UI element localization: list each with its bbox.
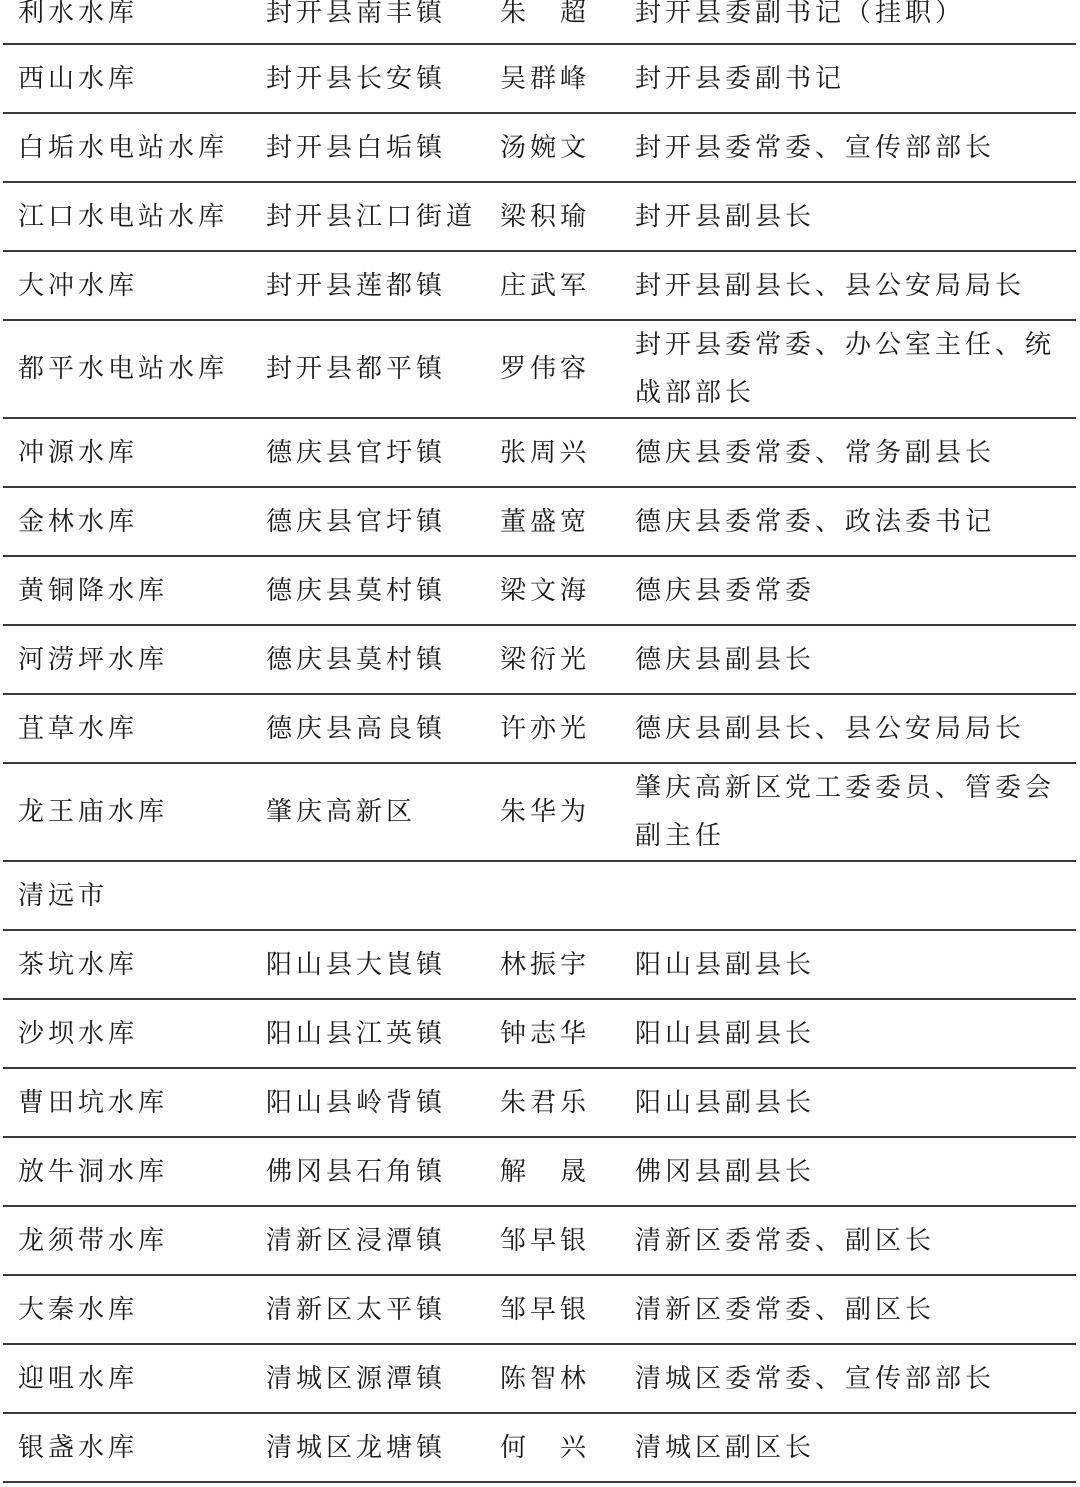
person-position: 封开县委常委、办公室主任、统战部部长 <box>635 321 1075 417</box>
responsible-person: 梁衍光 <box>500 626 630 693</box>
responsible-person: 汤婉文 <box>500 114 630 181</box>
person-position: 佛冈县副县长 <box>635 1138 1075 1205</box>
responsible-person: 朱 超 <box>500 0 630 43</box>
person-position: 肇庆高新区党工委委员、管委会副主任 <box>635 764 1075 860</box>
table-row: 黄铜降水库 德庆县莫村镇 梁文海 德庆县委常委 <box>3 557 1076 626</box>
responsible-person: 梁文海 <box>500 557 630 624</box>
table-row: 冲源水库 德庆县官圩镇 张周兴 德庆县委常委、常务副县长 <box>3 419 1076 488</box>
table-row: 银盏水库 清城区龙塘镇 何 兴 清城区副区长 <box>3 1414 1076 1483</box>
responsible-person: 吴群峰 <box>500 45 630 112</box>
responsible-person: 朱华为 <box>500 764 630 860</box>
table-row: 曹田坑水库 阳山县岭背镇 朱君乐 阳山县副县长 <box>3 1069 1076 1138</box>
reservoir-name: 放牛洞水库 <box>18 1138 263 1205</box>
table-row: 江口水电站水库 封开县江口街道 梁积瑜 封开县副县长 <box>3 183 1076 252</box>
reservoir-name: 白垢水电站水库 <box>18 114 263 181</box>
table-row: 苴草水库 德庆县高良镇 许亦光 德庆县副县长、县公安局局长 <box>3 695 1076 764</box>
reservoir-name: 大秦水库 <box>18 1276 263 1343</box>
reservoir-name: 西山水库 <box>18 45 263 112</box>
responsible-person: 许亦光 <box>500 695 630 762</box>
person-position: 德庆县委常委 <box>635 557 1075 624</box>
reservoir-name: 沙坝水库 <box>18 1000 263 1067</box>
reservoir-name: 茶坑水库 <box>18 931 263 998</box>
reservoir-location: 阳山县大崀镇 <box>266 931 496 998</box>
reservoir-location: 封开县都平镇 <box>266 321 496 417</box>
table-row: 沙坝水库 阳山县江英镇 钟志华 阳山县副县长 <box>3 1000 1076 1069</box>
responsible-person: 庄武军 <box>500 252 630 319</box>
responsible-person: 朱君乐 <box>500 1069 630 1136</box>
responsible-person: 梁积瑜 <box>500 183 630 250</box>
responsible-person: 罗伟容 <box>500 321 630 417</box>
reservoir-name: 苴草水库 <box>18 695 263 762</box>
reservoir-name: 大冲水库 <box>18 252 263 319</box>
table-row: 白垢水电站水库 封开县白垢镇 汤婉文 封开县委常委、宣传部部长 <box>3 114 1076 183</box>
reservoir-name: 黄铜降水库 <box>18 557 263 624</box>
reservoir-location: 封开县莲都镇 <box>266 252 496 319</box>
table-row: 迎咀水库 清城区源潭镇 陈智林 清城区委常委、宣传部部长 <box>3 1345 1076 1414</box>
person-position: 阳山县副县长 <box>635 1069 1075 1136</box>
reservoir-location: 封开县南丰镇 <box>266 0 496 43</box>
person-position: 德庆县副县长 <box>635 626 1075 693</box>
reservoir-location: 德庆县官圩镇 <box>266 488 496 555</box>
responsible-person: 钟志华 <box>500 1000 630 1067</box>
reservoir-location: 德庆县官圩镇 <box>266 419 496 486</box>
person-position: 德庆县副县长、县公安局局长 <box>635 695 1075 762</box>
reservoir-location: 佛冈县石角镇 <box>266 1138 496 1205</box>
reservoir-name: 龙须带水库 <box>18 1207 263 1274</box>
reservoir-location: 清新区太平镇 <box>266 1276 496 1343</box>
person-position: 清城区副区长 <box>635 1414 1075 1481</box>
person-position: 清城区委常委、宣传部部长 <box>635 1345 1075 1412</box>
reservoir-name: 利水水库 <box>18 0 263 43</box>
responsible-person: 陈智林 <box>500 1345 630 1412</box>
table-row: 龙王庙水库 肇庆高新区 朱华为 肇庆高新区党工委委员、管委会副主任 <box>3 764 1076 862</box>
table-row: 大冲水库 封开县莲都镇 庄武军 封开县副县长、县公安局局长 <box>3 252 1076 321</box>
table-row: 龙须带水库 清新区浸潭镇 邹早银 清新区委常委、副区长 <box>3 1207 1076 1276</box>
responsible-person: 邹早银 <box>500 1276 630 1343</box>
responsible-person: 邹早银 <box>500 1207 630 1274</box>
reservoir-location: 德庆县莫村镇 <box>266 626 496 693</box>
reservoir-name: 都平水电站水库 <box>18 321 263 417</box>
reservoir-location: 清新区浸潭镇 <box>266 1207 496 1274</box>
reservoir-name: 龙王庙水库 <box>18 764 263 860</box>
city-section-title: 清远市 <box>18 862 263 929</box>
reservoir-location: 阳山县岭背镇 <box>266 1069 496 1136</box>
reservoir-name: 银盏水库 <box>18 1414 263 1481</box>
section-header-row: 清远市 <box>3 862 1076 931</box>
table-row: 放牛洞水库 佛冈县石角镇 解 晟 佛冈县副县长 <box>3 1138 1076 1207</box>
table-row: 茶坑水库 阳山县大崀镇 林振宇 阳山县副县长 <box>3 931 1076 1000</box>
table-row: 河涝坪水库 德庆县莫村镇 梁衍光 德庆县副县长 <box>3 626 1076 695</box>
person-position: 阳山县副县长 <box>635 931 1075 998</box>
table-row: 大秦水库 清新区太平镇 邹早银 清新区委常委、副区长 <box>3 1276 1076 1345</box>
reservoir-name: 曹田坑水库 <box>18 1069 263 1136</box>
person-position: 清新区委常委、副区长 <box>635 1276 1075 1343</box>
person-position: 封开县委常委、宣传部部长 <box>635 114 1075 181</box>
reservoir-location: 德庆县莫村镇 <box>266 557 496 624</box>
reservoir-location: 封开县江口街道 <box>266 183 496 250</box>
table-row: 利水水库 封开县南丰镇 朱 超 封开县委副书记（挂职） <box>3 0 1076 45</box>
reservoir-name: 金林水库 <box>18 488 263 555</box>
responsible-person: 张周兴 <box>500 419 630 486</box>
reservoir-location: 封开县白垢镇 <box>266 114 496 181</box>
reservoir-location: 封开县长安镇 <box>266 45 496 112</box>
responsible-person: 林振宇 <box>500 931 630 998</box>
person-position: 德庆县委常委、政法委书记 <box>635 488 1075 555</box>
reservoir-location: 德庆县高良镇 <box>266 695 496 762</box>
person-position: 清新区委常委、副区长 <box>635 1207 1075 1274</box>
person-position: 封开县副县长、县公安局局长 <box>635 252 1075 319</box>
table-row: 西山水库 封开县长安镇 吴群峰 封开县委副书记 <box>3 45 1076 114</box>
reservoir-name: 迎咀水库 <box>18 1345 263 1412</box>
responsible-person: 何 兴 <box>500 1414 630 1481</box>
person-position: 封开县委副书记 <box>635 45 1075 112</box>
reservoir-name: 冲源水库 <box>18 419 263 486</box>
reservoir-location: 清城区源潭镇 <box>266 1345 496 1412</box>
reservoir-name: 江口水电站水库 <box>18 183 263 250</box>
person-position: 阳山县副县长 <box>635 1000 1075 1067</box>
person-position: 封开县副县长 <box>635 183 1075 250</box>
table-row: 都平水电站水库 封开县都平镇 罗伟容 封开县委常委、办公室主任、统战部部长 <box>3 321 1076 419</box>
responsible-person: 解 晟 <box>500 1138 630 1205</box>
responsible-person: 董盛宽 <box>500 488 630 555</box>
reservoir-name: 河涝坪水库 <box>18 626 263 693</box>
reservoir-responsibility-table: 利水水库 封开县南丰镇 朱 超 封开县委副书记（挂职） 西山水库 封开县长安镇 … <box>3 0 1076 1483</box>
person-position: 封开县委副书记（挂职） <box>635 0 1075 43</box>
table-row: 金林水库 德庆县官圩镇 董盛宽 德庆县委常委、政法委书记 <box>3 488 1076 557</box>
reservoir-location: 肇庆高新区 <box>266 764 496 860</box>
reservoir-location: 阳山县江英镇 <box>266 1000 496 1067</box>
reservoir-location: 清城区龙塘镇 <box>266 1414 496 1481</box>
person-position: 德庆县委常委、常务副县长 <box>635 419 1075 486</box>
